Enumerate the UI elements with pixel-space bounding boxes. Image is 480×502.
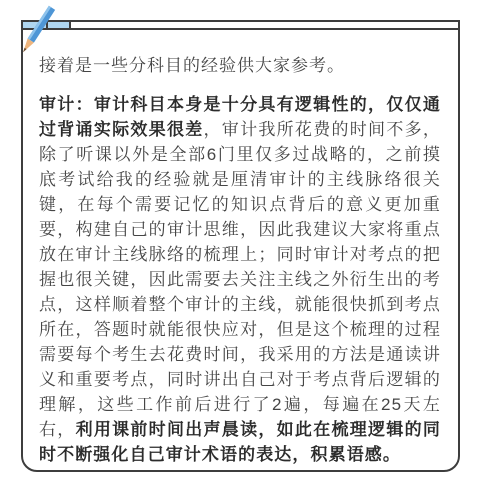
regular-text-segment: ，审计我所花费的时间不多，除了听课以外是全部6门里仅多过战略的，之前摸底考试给我… <box>39 120 441 439</box>
card-content: 接着是一些分科目的经验供大家参考。 审计：审计科目本身是十分具有逻辑性的，仅仅通… <box>23 30 458 467</box>
strip-empty-track <box>71 22 458 28</box>
header-strip <box>23 22 458 30</box>
content-card: 接着是一些分科目的经验供大家参考。 审计：审计科目本身是十分具有逻辑性的，仅仅通… <box>21 20 460 472</box>
intro-paragraph: 接着是一些分科目的经验供大家参考。 <box>39 54 441 78</box>
pencil-icon <box>10 4 62 62</box>
bold-text-segment: 利用课前时间出声晨读，如此在梳理逻辑的同时不断强化自己审计术语的表达，积累语感。 <box>39 420 441 464</box>
audit-paragraph: 审计：审计科目本身是十分具有逻辑性的，仅仅通过背诵实际效果很差，审计我所花费的时… <box>39 92 441 467</box>
page-background: 接着是一些分科目的经验供大家参考。 审计：审计科目本身是十分具有逻辑性的，仅仅通… <box>0 0 480 502</box>
